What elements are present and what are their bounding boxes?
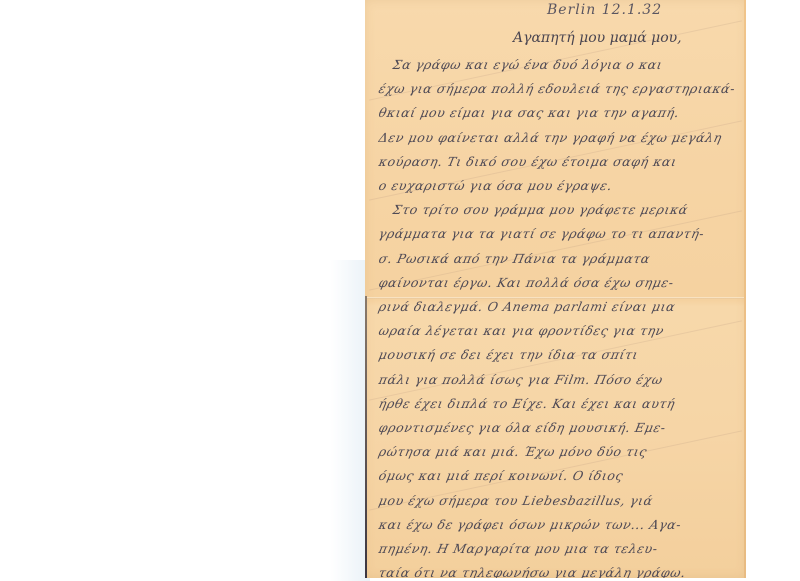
letter-line: ρώτησα μιά και μιά. Έχω μόνο δύο τις [377, 444, 739, 459]
letter-line: Δεν μου φαίνεται αλλά την γραφή να έχω μ… [377, 130, 739, 145]
letter-line: κούραση. Τι δικό σου έχω έτοιμα σαφή και [377, 154, 739, 169]
letter-page: Berlin 12.1.32 Αγαπητή μου μαμά μου, Σα … [365, 0, 746, 578]
letter-line: ρινά διαλεγμά. Ο Anema parlami είναι μια [377, 299, 739, 314]
letter-line: Σα γράφω και εγώ ένα δυό λόγια ο και [391, 57, 739, 72]
letter-line: ήρθε έχει διπλά το Είχε. Και έχει και αυ… [377, 396, 739, 411]
letter-line: και έχω δε γράφει όσων μικρών των... Αγα… [377, 517, 739, 532]
letter-line: φαίνονται έργω. Και πολλά όσα έχω σημε- [377, 275, 739, 290]
letter-line: θκιαί μου είμαι για σας και για την αγαπ… [377, 105, 739, 120]
salutation: Αγαπητή μου μαμά μου, [513, 30, 682, 46]
letter-line: φροντισμένες για όλα είδη μουσική. Εμε- [377, 420, 739, 435]
letter-line: μου έχω σήμερα του Liebesbazillus, γιά [377, 493, 739, 508]
letter-line: όμως και μιά περί κοινωνί. Ο ίδιος [377, 468, 739, 483]
letter-line: Στο τρίτο σου γράμμα μου γράφετε μερικά [391, 202, 739, 217]
letter-line: μουσική σε δει έχει την ίδια τα σπίτι [377, 347, 739, 362]
place-date: Berlin 12.1.32 [547, 2, 662, 18]
letter-line: γράμματα για τα γιατί σε γράφω το τι απα… [377, 226, 739, 241]
letter-line: πημένη. Η Μαργαρίτα μου μια τα τελευ- [377, 541, 739, 556]
letter-line: ο ευχαριστώ για όσα μου έγραψε. [377, 178, 739, 193]
letter-line: ταία ότι να τηλεφωνήσω για μεγάλη γράφω. [377, 565, 739, 578]
letter-line: έχω για σήμερα πολλή εδουλειά της εργαστ… [377, 81, 739, 96]
paper-edge [365, 296, 367, 578]
letter-line: πάλι για πολλά ίσως για Film. Πόσο έχω [377, 372, 739, 387]
letter-line: ωραία λέγεται και για φροντίδες για την [377, 323, 739, 338]
paper-edge [744, 0, 746, 578]
letter-line: σ. Ρωσικά από την Πάνια τα γράμματα [377, 251, 739, 266]
page-shadow [330, 260, 370, 581]
